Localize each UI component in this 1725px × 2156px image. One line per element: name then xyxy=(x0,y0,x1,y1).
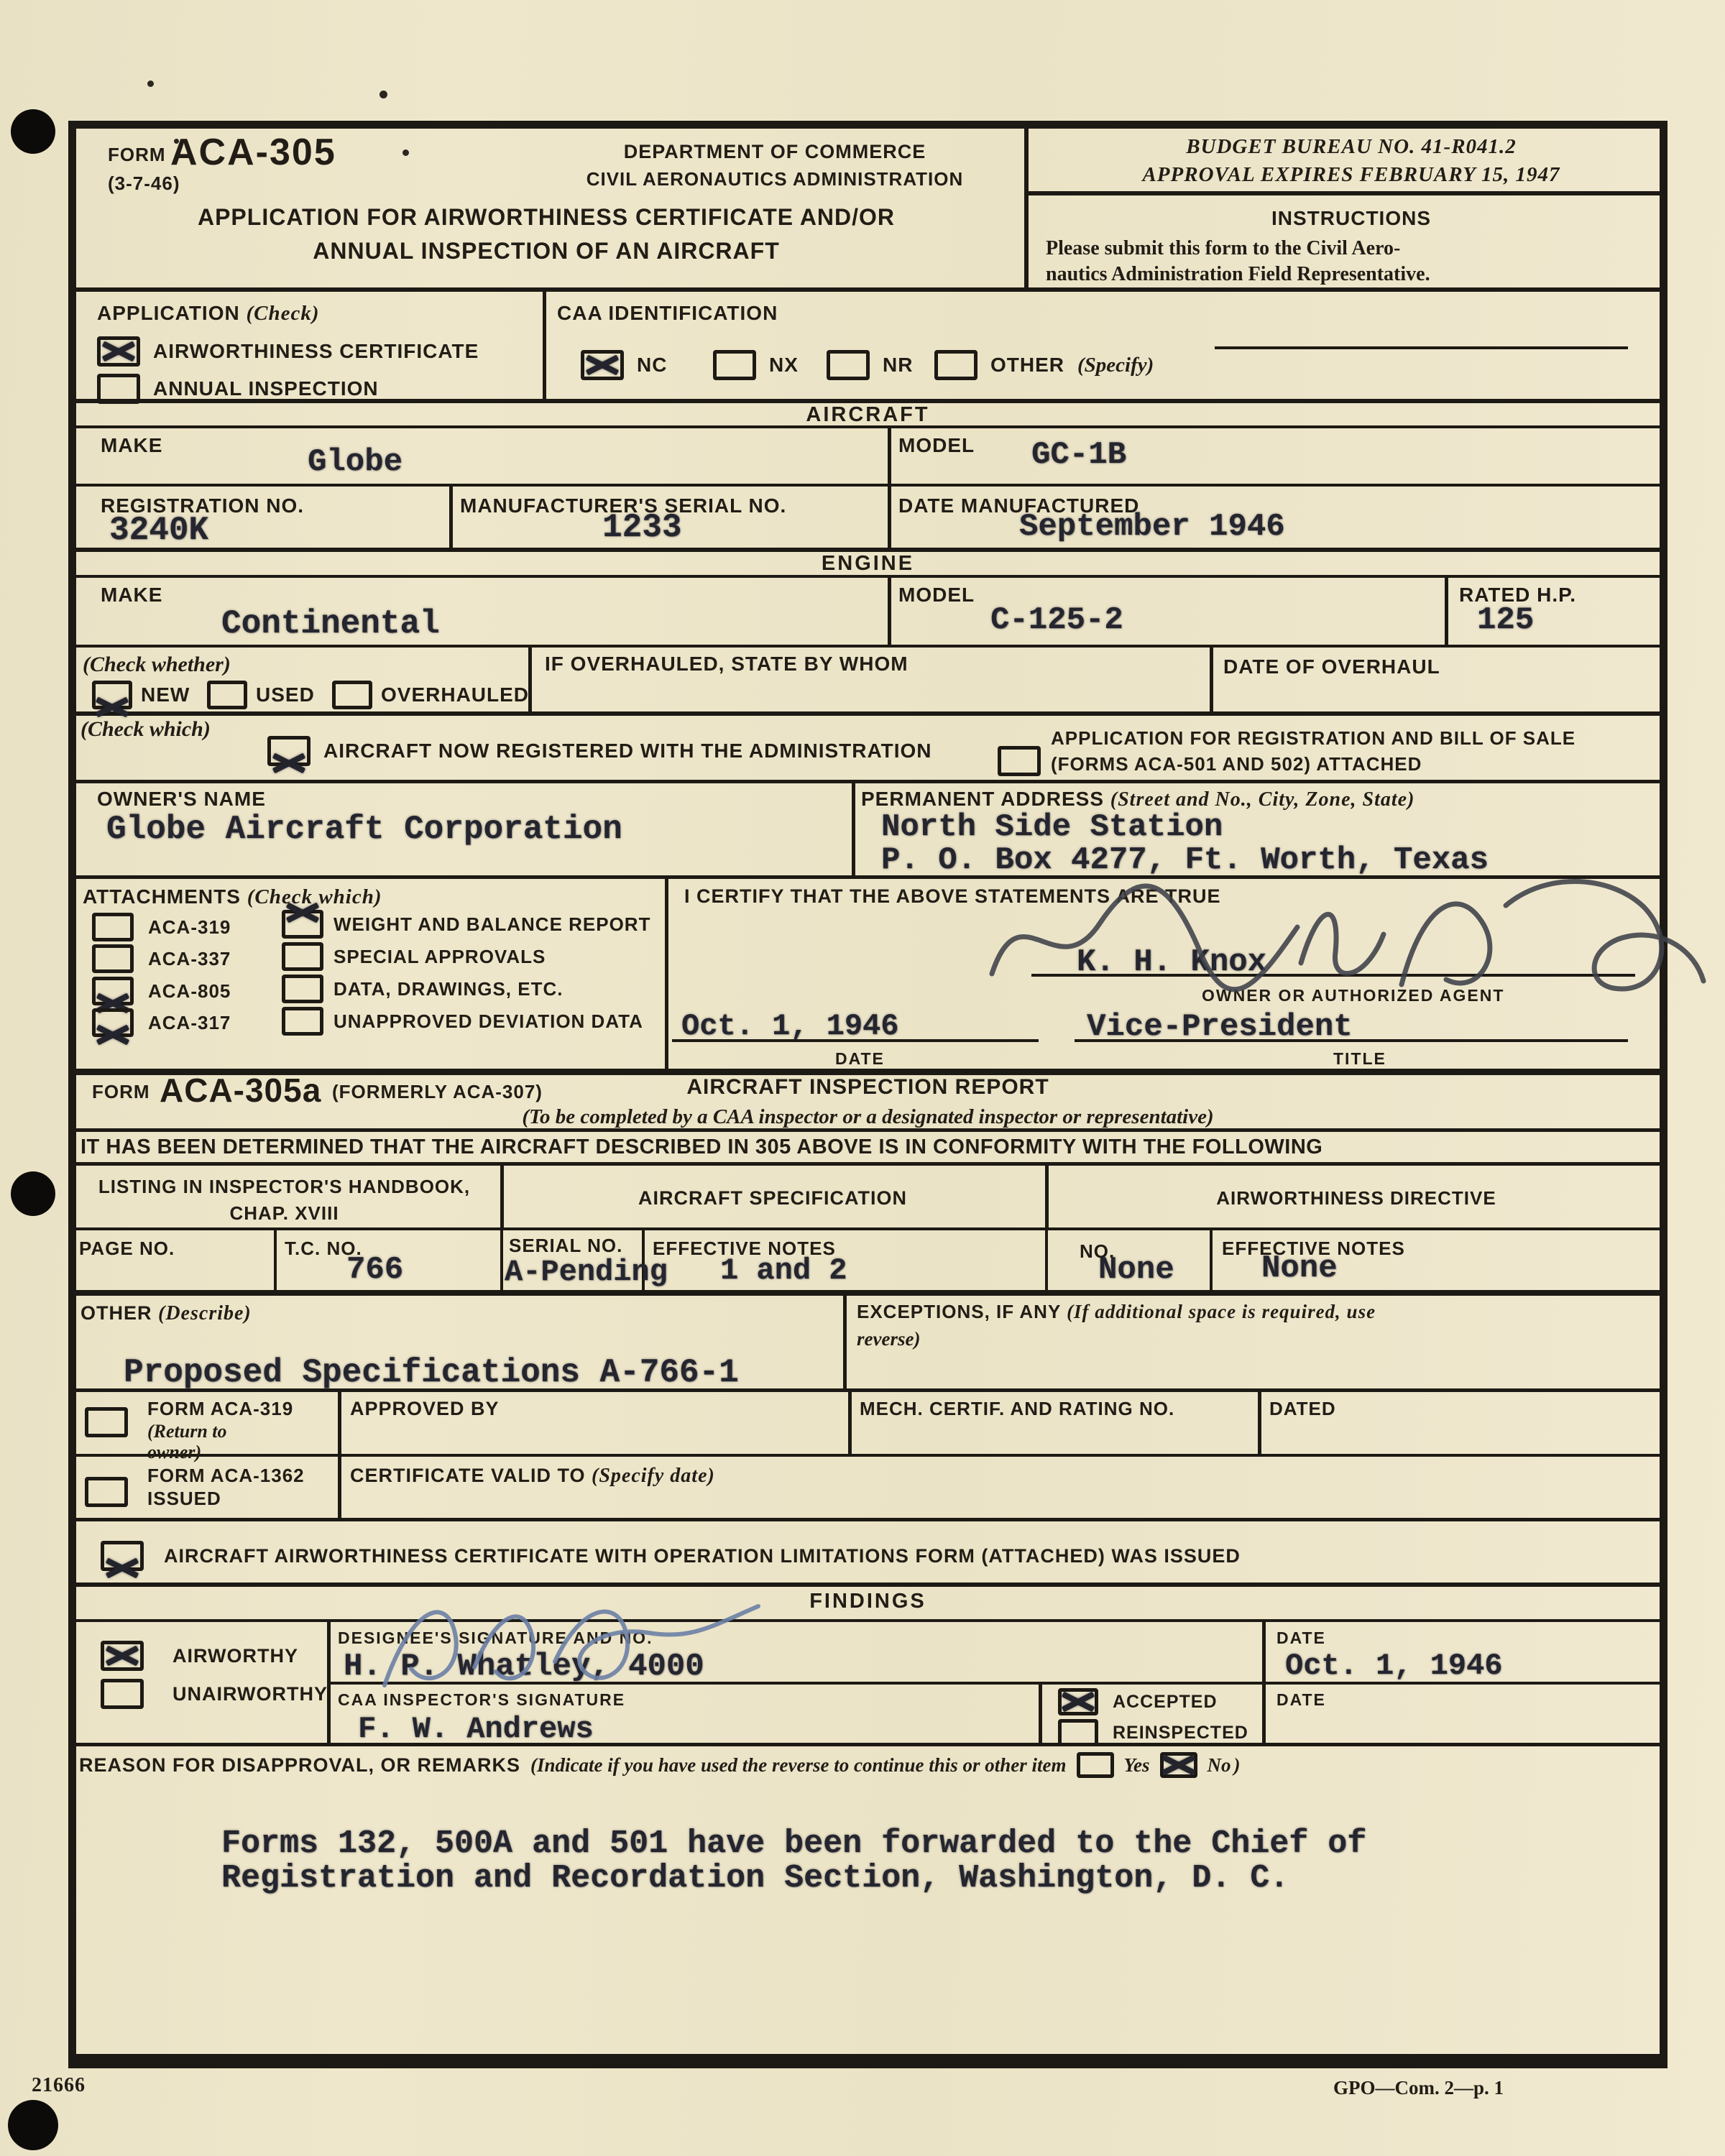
inspection-report-title-text: AIRCRAFT INSPECTION REPORT xyxy=(686,1075,1049,1099)
divider xyxy=(68,1518,1667,1521)
unairworthy-label: UNAIRWORTHY xyxy=(172,1683,328,1705)
reinspected-label: REINSPECTED xyxy=(1113,1723,1248,1743)
date-manufactured-value: September 1946 xyxy=(1019,509,1285,545)
aircraft-section-title: AIRCRAFT xyxy=(68,403,1667,427)
divider xyxy=(68,1619,1667,1622)
remarks-close-paren: ) xyxy=(1234,1754,1241,1777)
caa-inspector-signature-typed: F. W. Andrews xyxy=(358,1712,594,1746)
findings-date1-label: DATE xyxy=(1276,1628,1326,1648)
aca-805-label: ACA-805 xyxy=(148,980,231,1003)
divider xyxy=(338,1388,341,1454)
form-number-word: FORM xyxy=(108,144,166,166)
divider xyxy=(449,484,453,548)
dated-label: DATED xyxy=(1269,1398,1336,1420)
scanned-form-page: FORM ACA-305 (3-7-46) DEPARTMENT OF COMM… xyxy=(0,0,1725,2156)
form-aca-319-return-line2: owner) xyxy=(147,1442,201,1463)
application-label-text: APPLICATION xyxy=(97,302,240,324)
aircraft-spec-header: AIRCRAFT SPECIFICATION xyxy=(500,1187,1045,1210)
remarks-body-line1: Forms 132, 500A and 501 have been forwar… xyxy=(221,1825,1366,1862)
ink-speck xyxy=(379,91,387,98)
other-describe-value: Proposed Specifications A-766-1 xyxy=(124,1354,739,1391)
caa-nc-option: NC xyxy=(581,350,667,380)
certificate-valid-italic: (Specify date) xyxy=(592,1465,715,1487)
remarks-line: REASON FOR DISAPPROVAL, OR REMARKS (Indi… xyxy=(79,1752,1241,1778)
owner-name-value: Globe Aircraft Corporation xyxy=(106,811,622,848)
data-drawings-label: DATA, DRAWINGS, ETC. xyxy=(333,978,563,1000)
remarks-no-label: No xyxy=(1207,1754,1231,1777)
approved-by-label: APPROVED BY xyxy=(350,1398,500,1420)
divider xyxy=(543,287,546,399)
aircraft-spec-header-text: AIRCRAFT SPECIFICATION xyxy=(638,1187,907,1209)
divider xyxy=(1024,191,1667,195)
remarks-body-line2: Registration and Recordation Section, Wa… xyxy=(221,1860,1289,1897)
aca-317-checkbox xyxy=(92,1008,134,1037)
weight-balance-checkbox xyxy=(282,910,323,939)
handbook-header-line1: LISTING IN INSPECTOR'S HANDBOOK, xyxy=(68,1176,500,1198)
airworthiness-issued-option: AIRCRAFT AIRWORTHINESS CERTIFICATE WITH … xyxy=(101,1541,1241,1571)
airworthiness-directive-header-text: AIRWORTHINESS DIRECTIVE xyxy=(1216,1187,1496,1209)
application-label-italic: (Check) xyxy=(246,302,319,325)
permanent-address-label-text: PERMANENT ADDRESS xyxy=(861,788,1104,810)
tc-no-value: 766 xyxy=(346,1252,403,1288)
certification-date-value: Oct. 1, 1946 xyxy=(681,1009,898,1044)
divider xyxy=(68,1583,1667,1587)
owner-signature-handwriting xyxy=(963,852,1725,1031)
instructions-title: INSTRUCTIONS xyxy=(1035,207,1667,230)
overhauled-label: OVERHAULED xyxy=(381,683,529,706)
accepted-label: ACCEPTED xyxy=(1113,1692,1218,1713)
airworthiness-certificate-checkbox xyxy=(97,336,140,367)
divider xyxy=(843,1290,847,1388)
overhauled-checkbox xyxy=(332,681,372,709)
other-checkbox xyxy=(934,350,977,380)
nc-label: NC xyxy=(637,354,667,377)
findings-date2-label: DATE xyxy=(1276,1690,1326,1710)
aircraft-model-label: MODEL xyxy=(898,434,975,457)
punch-hole-bottom xyxy=(8,2100,58,2150)
divider xyxy=(68,1162,1667,1166)
engine-overhauled-option: OVERHAULED xyxy=(332,681,529,709)
nc-checkbox xyxy=(581,350,624,380)
data-drawings-checkbox xyxy=(282,975,323,1003)
agency-line2: CIVIL AERONAUTICS ADMINISTRATION xyxy=(538,168,1012,190)
new-checkbox xyxy=(92,681,132,709)
aca-319-label: ACA-319 xyxy=(148,916,231,939)
airworthiness-directive-header: AIRWORTHINESS DIRECTIVE xyxy=(1045,1187,1667,1210)
form-title: APPLICATION FOR AIRWORTHINESS CERTIFICAT… xyxy=(93,204,999,264)
divider xyxy=(888,425,891,487)
accepted-checkbox xyxy=(1058,1688,1098,1715)
punch-hole-middle xyxy=(11,1171,55,1216)
other-describe-label-text: OTHER xyxy=(80,1302,152,1324)
rated-hp-value: 125 xyxy=(1477,602,1534,638)
form-title-line1: APPLICATION FOR AIRWORTHINESS CERTIFICAT… xyxy=(93,204,999,231)
permanent-address-label: PERMANENT ADDRESS (Street and No., City,… xyxy=(861,788,1414,811)
aca-805-option: ACA-805 xyxy=(92,977,231,1005)
instructions-heading: INSTRUCTIONS xyxy=(1271,207,1431,229)
divider xyxy=(500,1227,503,1290)
remarks-label-italic: (Indicate if you have used the reverse t… xyxy=(530,1754,1066,1777)
weight-balance-label: WEIGHT AND BALANCE REPORT xyxy=(333,913,650,936)
spec-serial-value: A-Pending xyxy=(505,1255,668,1289)
findings-date1-value: Oct. 1, 1946 xyxy=(1285,1649,1502,1683)
divider xyxy=(1445,575,1448,645)
ink-speck xyxy=(147,80,154,87)
form-aca-319-checkbox xyxy=(85,1407,128,1437)
registration-no-value: 3240K xyxy=(109,512,208,549)
unapproved-deviation-option: UNAPPROVED DEVIATION DATA xyxy=(282,1007,643,1036)
certificate-valid-label-text: CERTIFICATE VALID TO xyxy=(350,1465,586,1486)
caa-other-option: OTHER (Specify) xyxy=(934,350,1154,380)
aca-805-checkbox xyxy=(92,977,134,1005)
airworthiness-issued-label: AIRCRAFT AIRWORTHINESS CERTIFICATE WITH … xyxy=(164,1545,1241,1567)
footer-stock-number: 21666 xyxy=(32,2074,86,2097)
special-approvals-label: SPECIAL APPROVALS xyxy=(333,946,546,968)
exceptions-label: EXCEPTIONS, IF ANY (If additional space … xyxy=(857,1301,1376,1323)
nx-checkbox xyxy=(713,350,756,380)
divider xyxy=(848,1388,852,1454)
other-describe-label: OTHER (Describe) xyxy=(80,1302,252,1325)
date-of-overhaul-label: DATE OF OVERHAUL xyxy=(1223,655,1440,678)
divider xyxy=(68,711,1667,716)
special-approvals-checkbox xyxy=(282,942,323,971)
form-title-line2: ANNUAL INSPECTION OF AN AIRCRAFT xyxy=(93,238,999,264)
airworthy-label: AIRWORTHY xyxy=(172,1645,298,1667)
divider xyxy=(68,484,1667,487)
determination-statement: IT HAS BEEN DETERMINED THAT THE AIRCRAFT… xyxy=(80,1135,1322,1159)
directive-no-value: None xyxy=(1098,1252,1174,1288)
directive-notes-value: None xyxy=(1261,1250,1338,1286)
used-label: USED xyxy=(256,683,315,706)
caa-nr-option: NR xyxy=(827,350,913,380)
aca-337-label: ACA-337 xyxy=(148,948,231,970)
caa-identification-label: CAA IDENTIFICATION xyxy=(557,302,778,325)
nr-label: NR xyxy=(883,354,913,377)
inspection-report-subtitle-text: (To be completed by a CAA inspector or a… xyxy=(522,1105,1213,1128)
annual-inspection-option: ANNUAL INSPECTION xyxy=(97,374,379,404)
aircraft-registered-label: AIRCRAFT NOW REGISTERED WITH THE ADMINIS… xyxy=(323,740,932,763)
form-aca-319-label: FORM ACA-319 xyxy=(147,1398,293,1420)
unairworthy-checkbox xyxy=(101,1679,144,1709)
ink-speck xyxy=(174,139,179,144)
special-approvals-option: SPECIAL APPROVALS xyxy=(282,942,546,971)
divider xyxy=(1045,1227,1048,1290)
remarks-label: REASON FOR DISAPPROVAL, OR REMARKS xyxy=(79,1754,520,1777)
weight-balance-option: WEIGHT AND BALANCE REPORT xyxy=(282,910,650,939)
aca-337-checkbox xyxy=(92,944,134,973)
divider xyxy=(852,780,855,875)
instructions-text-line2: nautics Administration Field Representat… xyxy=(1046,263,1430,286)
check-which-label: (Check which) xyxy=(80,717,211,742)
divider xyxy=(1258,1388,1261,1454)
unairworthy-option: UNAIRWORTHY xyxy=(101,1679,328,1709)
spec-serial-label: SERIAL NO. xyxy=(509,1235,622,1257)
form-aca-319-return-line1: (Return to xyxy=(147,1421,227,1442)
engine-model-value: C-125-2 xyxy=(990,602,1123,638)
nx-label: NX xyxy=(769,354,799,377)
engine-make-label: MAKE xyxy=(101,584,162,607)
other-describe-italic: (Describe) xyxy=(158,1302,252,1325)
effective-notes-value: 1 and 2 xyxy=(720,1253,847,1288)
certification-title-label: TITLE xyxy=(1333,1049,1386,1069)
unapproved-deviation-label: UNAPPROVED DEVIATION DATA xyxy=(333,1010,643,1033)
address-line1-value: North Side Station xyxy=(881,809,1223,845)
aircraft-model-value: GC-1B xyxy=(1031,437,1126,473)
reinspected-option: REINSPECTED xyxy=(1058,1719,1248,1746)
engine-section-title: ENGINE xyxy=(68,552,1667,576)
data-drawings-option: DATA, DRAWINGS, ETC. xyxy=(282,975,563,1003)
aircraft-make-label: MAKE xyxy=(101,434,162,457)
divider xyxy=(68,287,1667,292)
divider xyxy=(68,1227,1667,1230)
permanent-address-label-italic: (Street and No., City, Zone, State) xyxy=(1110,788,1415,811)
form-aca-1362-checkbox xyxy=(85,1477,128,1507)
attachments-label-text: ATTACHMENTS xyxy=(83,885,241,908)
page-no-label: PAGE NO. xyxy=(79,1238,175,1260)
airworthiness-certificate-label: AIRWORTHINESS CERTIFICATE xyxy=(153,340,479,363)
designee-signature-handwriting xyxy=(367,1581,783,1707)
aca-317-label: ACA-317 xyxy=(148,1012,231,1034)
divider xyxy=(888,575,891,645)
attachments-label: ATTACHMENTS (Check which) xyxy=(83,885,382,909)
budget-bureau-block: BUDGET BUREAU NO. 41-R041.2 APPROVAL EXP… xyxy=(1035,135,1667,187)
handbook-header: LISTING IN INSPECTOR'S HANDBOOK, CHAP. X… xyxy=(68,1176,500,1225)
application-label: APPLICATION (Check) xyxy=(97,302,320,326)
owner-name-label: OWNER'S NAME xyxy=(97,788,266,811)
engine-model-label: MODEL xyxy=(898,584,975,607)
new-label: NEW xyxy=(141,683,190,706)
exceptions-italic-line2: reverse) xyxy=(857,1328,920,1350)
reinspected-checkbox xyxy=(1058,1719,1098,1746)
airworthy-checkbox xyxy=(101,1641,144,1671)
engine-used-option: USED xyxy=(207,681,315,709)
handbook-header-line2: CHAP. XVIII xyxy=(68,1202,500,1225)
unapproved-deviation-checkbox xyxy=(282,1007,323,1036)
divider xyxy=(68,1454,1667,1457)
exceptions-label-text: EXCEPTIONS, IF ANY xyxy=(857,1301,1061,1322)
caa-nx-option: NX xyxy=(713,350,799,380)
divider xyxy=(68,1290,1667,1296)
check-whether-label: (Check whether) xyxy=(83,653,231,677)
ink-speck xyxy=(402,149,409,156)
aircraft-registered-checkbox xyxy=(267,736,310,766)
divider xyxy=(1039,1682,1042,1743)
accepted-option: ACCEPTED xyxy=(1058,1688,1218,1715)
footer-gpo: GPO—Com. 2—p. 1 xyxy=(1333,2077,1504,2099)
inspection-report-subtitle: (To be completed by a CAA inspector or a… xyxy=(68,1105,1667,1129)
divider xyxy=(68,780,1667,783)
other-specify-italic: (Specify) xyxy=(1077,354,1154,377)
airworthiness-certificate-option: AIRWORTHINESS CERTIFICATE xyxy=(97,336,479,367)
aca-319-option: ACA-319 xyxy=(92,913,231,941)
nr-checkbox xyxy=(827,350,870,380)
divider xyxy=(1210,1227,1213,1290)
divider xyxy=(68,1743,1667,1746)
application-attached-checkbox xyxy=(998,746,1041,776)
certification-date-label: DATE xyxy=(835,1049,885,1069)
other-label: OTHER xyxy=(990,354,1064,377)
form-aca-1362-issued: ISSUED xyxy=(147,1488,221,1510)
divider xyxy=(338,1454,341,1518)
divider xyxy=(1262,1619,1266,1743)
aircraft-make-value: Globe xyxy=(308,444,402,480)
instructions-text-line1: Please submit this form to the Civil Aer… xyxy=(1046,237,1400,260)
remarks-yes-label: Yes xyxy=(1124,1754,1150,1777)
aca-317-option: ACA-317 xyxy=(92,1008,231,1037)
exceptions-italic-line1: (If additional space is required, use xyxy=(1067,1301,1376,1322)
application-attached-line2: (FORMS ACA-501 AND 502) ATTACHED xyxy=(1051,753,1422,775)
inspection-report-title: AIRCRAFT INSPECTION REPORT xyxy=(68,1075,1667,1100)
application-attached-line1: APPLICATION FOR REGISTRATION AND BILL OF… xyxy=(1051,727,1575,750)
remarks-yes-checkbox xyxy=(1077,1752,1114,1778)
airworthy-option: AIRWORTHY xyxy=(101,1641,298,1671)
form-aca-1362-label: FORM ACA-1362 xyxy=(147,1465,305,1487)
budget-approval-expires: APPROVAL EXPIRES FEBRUARY 15, 1947 xyxy=(1035,163,1667,187)
budget-bureau-no: BUDGET BUREAU NO. 41-R041.2 xyxy=(1035,135,1667,159)
divider xyxy=(665,875,668,1069)
form-number-code: ACA-305 xyxy=(170,131,336,174)
airworthiness-issued-checkbox xyxy=(101,1541,144,1571)
divider xyxy=(888,484,891,548)
divider xyxy=(274,1227,277,1290)
aircraft-registered-option: AIRCRAFT NOW REGISTERED WITH THE ADMINIS… xyxy=(267,736,932,766)
engine-new-option: NEW xyxy=(92,681,190,709)
used-checkbox xyxy=(207,681,247,709)
annual-inspection-checkbox xyxy=(97,374,140,404)
mech-certif-label: MECH. CERTIF. AND RATING NO. xyxy=(860,1398,1174,1420)
agency-name: DEPARTMENT OF COMMERCE CIVIL AERONAUTICS… xyxy=(538,141,1012,190)
divider xyxy=(68,645,1667,648)
annual-inspection-label: ANNUAL INSPECTION xyxy=(153,377,379,400)
engine-make-value: Continental xyxy=(221,605,440,642)
findings-section-title: FINDINGS xyxy=(68,1590,1667,1613)
overhauled-by-label: IF OVERHAULED, STATE BY WHOM xyxy=(545,653,908,676)
form-edition-date: (3-7-46) xyxy=(108,172,180,195)
serial-no-value: 1233 xyxy=(602,509,681,546)
certificate-valid-label: CERTIFICATE VALID TO (Specify date) xyxy=(350,1465,715,1488)
agency-line1: DEPARTMENT OF COMMERCE xyxy=(538,141,1012,163)
divider xyxy=(1210,645,1213,711)
other-specify-blank xyxy=(1215,346,1628,349)
aca-319-checkbox xyxy=(92,913,134,941)
divider xyxy=(1024,121,1029,287)
punch-hole-top xyxy=(11,109,55,154)
aca-337-option: ACA-337 xyxy=(92,944,231,973)
remarks-no-checkbox xyxy=(1160,1752,1197,1778)
